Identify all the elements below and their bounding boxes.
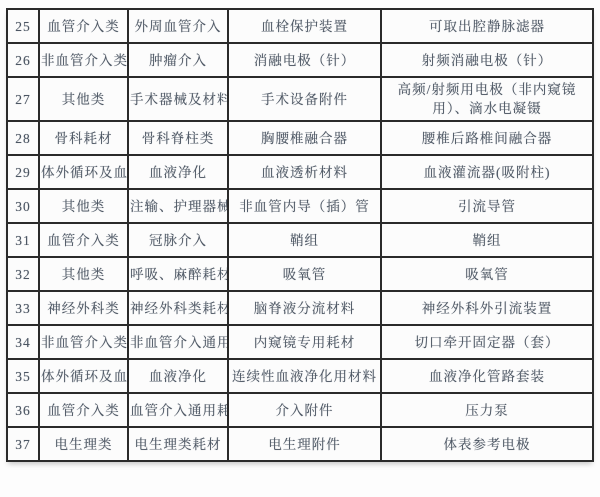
row-number-cell: 32 [7,257,39,291]
row-number-cell: 28 [7,121,39,155]
product-name-cell: 射频消融电极（针） [381,43,593,77]
item-type-cell: 血液透析材料 [228,155,381,189]
item-type-cell: 胸腰椎融合器 [228,121,381,155]
product-name-cell: 鞘组 [381,223,593,257]
item-type-cell: 消融电极（针） [228,43,381,77]
category-cell: 体外循环及血液净化 [39,359,128,393]
table-row: 36血管介入类血管介入通用耗材介入附件压力泵 [7,393,593,427]
category-cell: 体外循环及血液净化 [39,155,128,189]
subcategory-cell: 呼吸、麻醉耗材 [128,257,228,291]
item-type-cell: 内窥镜专用耗材 [228,325,381,359]
row-number-cell: 29 [7,155,39,189]
category-cell: 非血管介入类 [39,43,128,77]
subcategory-cell: 电生理类耗材 [128,427,228,461]
subcategory-cell: 血管介入通用耗材 [128,393,228,427]
item-type-cell: 吸氧管 [228,257,381,291]
product-name-cell: 压力泵 [381,393,593,427]
table-row: 37电生理类电生理类耗材电生理附件体表参考电极 [7,427,593,461]
category-cell: 其他类 [39,189,128,223]
category-cell: 其他类 [39,257,128,291]
table-row: 27其他类手术器械及材料手术设备附件高频/射频用电极（非内窥镜用）、滴水电凝镊 [7,77,593,121]
row-number-cell: 37 [7,427,39,461]
row-number-cell: 25 [7,9,39,43]
table-row: 28骨科耗材骨科脊柱类胸腰椎融合器腰椎后路椎间融合器 [7,121,593,155]
product-name-cell: 吸氧管 [381,257,593,291]
table-row: 32其他类呼吸、麻醉耗材吸氧管吸氧管 [7,257,593,291]
table-row: 35体外循环及血液净化血液净化连续性血液净化用材料血液净化管路套装 [7,359,593,393]
page: { "colors": { "background": "#fdfdfd", "… [0,0,600,497]
row-number-cell: 34 [7,325,39,359]
item-type-cell: 非血管内导（插）管 [228,189,381,223]
consumables-table: 25血管介入类外周血管介入血栓保护装置可取出腔静脉滤器26非血管介入类肿瘤介入消… [6,8,594,462]
subcategory-cell: 外周血管介入 [128,9,228,43]
product-name-cell: 高频/射频用电极（非内窥镜用）、滴水电凝镊 [381,77,593,121]
item-type-cell: 鞘组 [228,223,381,257]
subcategory-cell: 肿瘤介入 [128,43,228,77]
row-number-cell: 36 [7,393,39,427]
table-row: 30其他类注输、护理器械非血管内导（插）管引流导管 [7,189,593,223]
item-type-cell: 连续性血液净化用材料 [228,359,381,393]
table-body: 25血管介入类外周血管介入血栓保护装置可取出腔静脉滤器26非血管介入类肿瘤介入消… [7,9,593,461]
product-name-cell: 腰椎后路椎间融合器 [381,121,593,155]
document-page: 25血管介入类外周血管介入血栓保护装置可取出腔静脉滤器26非血管介入类肿瘤介入消… [0,0,600,462]
table-row: 34非血管介入类非血管介入通用耗材内窥镜专用耗材切口牵开固定器（套） [7,325,593,359]
subcategory-cell: 冠脉介入 [128,223,228,257]
category-cell: 血管介入类 [39,393,128,427]
subcategory-cell: 注输、护理器械 [128,189,228,223]
item-type-cell: 电生理附件 [228,427,381,461]
table-row: 31血管介入类冠脉介入鞘组鞘组 [7,223,593,257]
product-name-cell: 可取出腔静脉滤器 [381,9,593,43]
category-cell: 骨科耗材 [39,121,128,155]
product-name-cell: 体表参考电极 [381,427,593,461]
subcategory-cell: 非血管介入通用耗材 [128,325,228,359]
subcategory-cell: 血液净化 [128,359,228,393]
row-number-cell: 35 [7,359,39,393]
category-cell: 非血管介入类 [39,325,128,359]
product-name-cell: 切口牵开固定器（套） [381,325,593,359]
subcategory-cell: 骨科脊柱类 [128,121,228,155]
category-cell: 血管介入类 [39,223,128,257]
row-number-cell: 27 [7,77,39,121]
product-name-cell: 神经外科外引流装置 [381,291,593,325]
category-cell: 神经外科类 [39,291,128,325]
item-type-cell: 血栓保护装置 [228,9,381,43]
table-row: 26非血管介入类肿瘤介入消融电极（针）射频消融电极（针） [7,43,593,77]
row-number-cell: 30 [7,189,39,223]
subcategory-cell: 手术器械及材料 [128,77,228,121]
row-number-cell: 31 [7,223,39,257]
category-cell: 其他类 [39,77,128,121]
table-row: 33神经外科类神经外科类耗材脑脊液分流材料神经外科外引流装置 [7,291,593,325]
item-type-cell: 介入附件 [228,393,381,427]
category-cell: 血管介入类 [39,9,128,43]
product-name-cell: 血液灌流器(吸附柱) [381,155,593,189]
product-name-cell: 引流导管 [381,189,593,223]
subcategory-cell: 血液净化 [128,155,228,189]
table-row: 25血管介入类外周血管介入血栓保护装置可取出腔静脉滤器 [7,9,593,43]
product-name-cell: 血液净化管路套装 [381,359,593,393]
subcategory-cell: 神经外科类耗材 [128,291,228,325]
item-type-cell: 脑脊液分流材料 [228,291,381,325]
row-number-cell: 33 [7,291,39,325]
table-row: 29体外循环及血液净化血液净化血液透析材料血液灌流器(吸附柱) [7,155,593,189]
category-cell: 电生理类 [39,427,128,461]
row-number-cell: 26 [7,43,39,77]
item-type-cell: 手术设备附件 [228,77,381,121]
